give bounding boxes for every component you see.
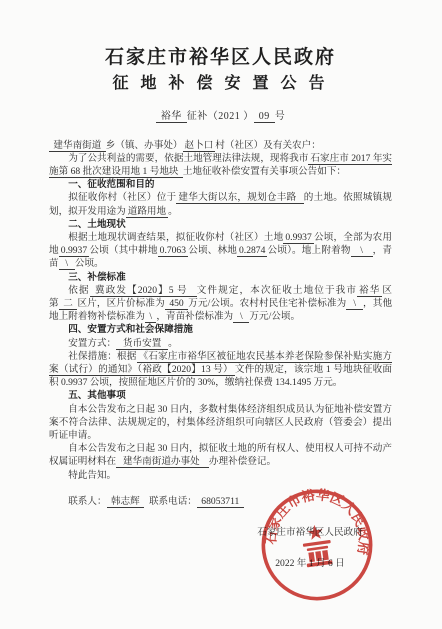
blank-fill: \ [233,311,249,323]
paragraph: 拟征收你村（社区）位于建华大街以东，规划仓丰路 的土地。依照城镇规划，拟开发用途… [49,191,392,217]
blank-fill: \ [346,298,363,310]
paragraph: 安置方式： 货币安置 。 [49,337,392,350]
government-title: 石家庄市裕华区人民政府 [49,46,392,70]
text-run: 乡（镇、办事处） [106,140,183,151]
text-run: 联系电话： [144,496,197,507]
text-run: 安置方式： [68,338,116,349]
blank-fill: 0.7063 [158,245,188,257]
text-run: 土地征收补偿安置有关事项公告如下： [183,166,346,177]
text-run: 依据 [68,285,89,296]
paragraph: 依据 冀政发【2020】5 号 文件规定，本次征收土地位于我市裕华区第 二 区片… [49,284,392,324]
blank-fill: 450 [165,298,188,310]
blank-fill: \ [145,311,156,323]
text-run: 。 [168,206,178,217]
blank-fill: 裕华 [156,111,187,123]
text-run: 三、补偿标准 [68,272,126,283]
paragraph: 特此告知。 [49,469,392,482]
text-run: 自本公告发布之日起 30 日内，多数村集体经济组织成员认为征地补偿安置方案不符合… [49,404,392,441]
blank-fill: 68053711 [197,496,244,508]
text-run: 四、安置方式和社会保障措施 [68,324,193,335]
blank-fill: \ [59,258,75,270]
text-run: 特此告知。 [68,470,116,481]
paragraph: 社保措施：根据《石家庄市裕华区被征地农民基本养老保险参保补贴实施方案（试行）的通… [49,350,392,390]
blank-fill: 韩志辉 [107,496,145,508]
signature-date: 2022 年 1 月 6 日 [230,555,390,569]
text-run: ，青苗补偿标准为 [156,311,233,322]
text-run: 公顷。 [75,258,104,269]
document-body-wrap: 建华南街道 乡（镇、办事处）赵卜口村（社区）及有关农户： 为了公共利益的需要，依… [49,139,392,508]
text-run: 。 [168,338,178,349]
text-run: 文件规定，本次征收土地位于我市 [197,285,357,296]
text-run: 公顷、林地 [188,245,237,256]
blank-fill: 建华大街以东，规划仓丰路 [176,192,303,204]
blank-fill: 赵卜口 [183,140,216,152]
blank-fill: 0.9937 [283,232,313,244]
text-run: 号 [275,111,286,122]
section-heading: 四、安置方式和社会保障措施 [49,323,392,336]
text-run: 征补（2021 ） [187,111,254,122]
text-run: 公顷）。地上附着物 [267,245,350,256]
paragraph: 根据土地现状调查结果，拟征收你村（社区）土地0.9937公顷，全部为农用地0.9… [49,231,392,271]
text-run: 万元/公顷。农村村民住宅补偿标准为 [188,298,346,309]
blank-fill: 0.2874 [237,245,267,257]
text-run: 办理补偿登记。 [209,456,276,467]
signature-organization: 石家庄市裕华区人民政府 [230,524,390,538]
text-run: 一、征收范围和目的 [68,179,154,190]
blank-fill: 道路用地 [126,206,168,218]
blank-fill: 冀政发【2020】5 号 [90,285,197,297]
text-run: 五、其他事项 [68,390,126,401]
blank-fill: 二 [59,298,78,310]
blank-fill: 建华南街道 [49,140,106,152]
text-run: 社保措施：根据 [68,351,136,362]
document-content: 石家庄市裕华区人民政府 征 地 补 偿 安 置 公 告 裕华 征补（2021 ）… [49,46,392,508]
intro-paragraph: 为了公共利益的需要，依据土地管理法律法规，现将我市石家庄市 2017 年实施第 … [49,152,392,178]
text-run: 为了公共利益的需要，依据土地管理法律法规，现将我市 [68,153,308,164]
text-run: 根据土地现状调查结果，拟征收你村（社区）土地 [68,232,283,243]
salutation: 建华南街道 乡（镇、办事处）赵卜口村（社区）及有关农户： [49,139,392,152]
document-body: 一、征收范围和目的拟征收你村（社区）位于建华大街以东，规划仓丰路 的土地。依照城… [49,178,392,482]
blank-fill: \ [351,245,373,257]
section-heading: 二、土地现状 [49,218,392,231]
contact-line: 联系人： 韩志辉 联系电话： 68053711 [49,495,392,508]
blank-fill: 建华南街道办事处 [116,456,209,468]
text-run: 区片，区片价标准为 [77,298,164,309]
blank-fill: 货币安置 [116,338,168,350]
section-heading: 五、其他事项 [49,389,392,402]
blank-fill: 09 [254,111,275,123]
section-heading: 三、补偿标准 [49,271,392,284]
text-run: 万元/公顷。 [249,311,300,322]
text-run: 二、土地现状 [68,219,126,230]
notice-title: 征 地 补 偿 安 置 公 告 [49,74,392,95]
text-run: 联系人： [68,496,106,507]
text-run: 村（社区）及有关农户： [215,140,321,151]
text-run: 公顷（其中耕地 [89,245,157,256]
section-heading: 一、征收范围和目的 [49,178,392,191]
blank-fill: 0.9937 [59,245,89,257]
document-number: 裕华 征补（2021 ） 09 号 [49,107,392,122]
document-page: 石家庄市裕华区人民政府 征 地 补 偿 安 置 公 告 裕华 征补（2021 ）… [0,0,442,629]
paragraph: 自本公告发布之日起 30 日内，多数村集体经济组织成员认为征地补偿安置方案不符合… [49,403,392,443]
text-run: 拟征收你村（社区）位于 [68,192,176,203]
blank-fill: 裕华 [357,285,382,297]
paragraph: 自本公告发布之日起 30 日内，拟征收土地的所有权人、使用权人可持不动产权属证明… [49,442,392,468]
